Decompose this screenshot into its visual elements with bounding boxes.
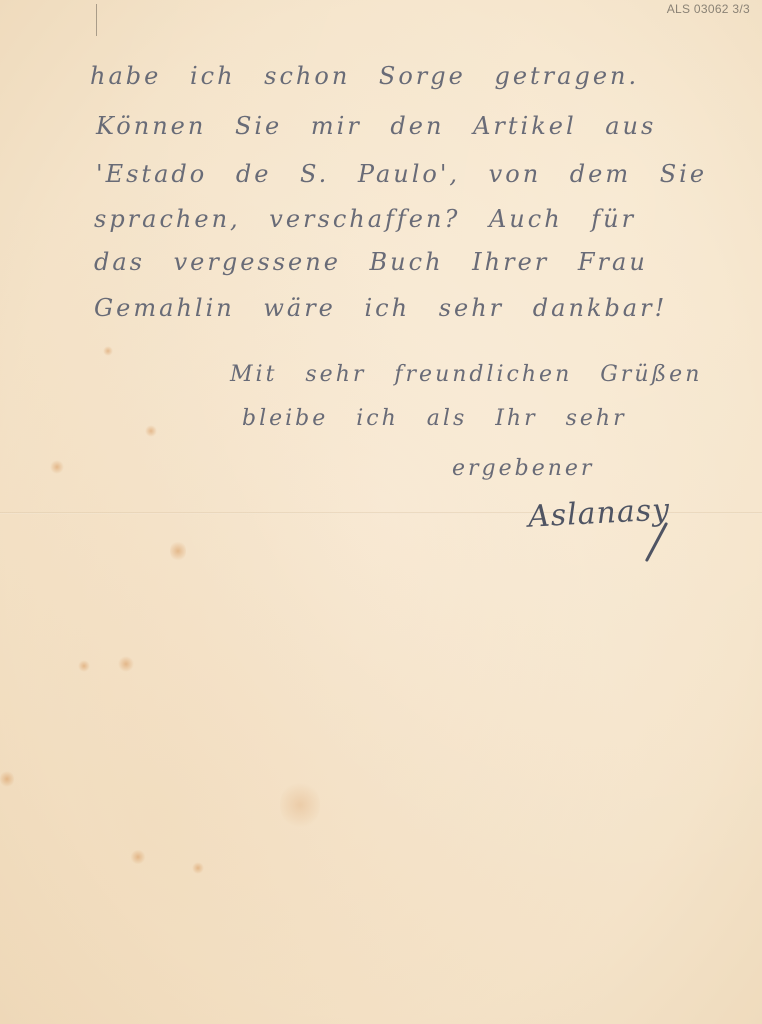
foxing-spot — [103, 346, 113, 356]
closing-line-3: ergebener — [452, 456, 594, 481]
closing-line-1: Mit sehr freundlichen Grüßen — [230, 362, 702, 387]
foxing-spot — [192, 862, 204, 874]
foxing-spot — [50, 460, 64, 474]
body-line-2: Können Sie mir den Artikel aus — [96, 112, 656, 140]
foxing-spot — [130, 850, 146, 864]
body-line-6: Gemahlin wäre ich sehr dankbar! — [94, 294, 667, 322]
pencil-mark — [96, 4, 97, 36]
foxing-spot — [0, 770, 14, 788]
letter-page: ALS 03062 3/3 habe ich schon Sorge getra… — [0, 0, 762, 1024]
foxing-spot — [170, 540, 186, 562]
closing-line-2: bleibe ich als Ihr sehr — [242, 406, 627, 431]
foxing-spot — [118, 656, 134, 672]
foxing-spot — [145, 425, 157, 437]
body-line-5: das vergessene Buch Ihrer Frau — [94, 248, 648, 276]
archive-id-label: ALS 03062 3/3 — [667, 2, 750, 16]
foxing-spot — [78, 660, 90, 672]
body-line-4: sprachen, verschaffen? Auch für — [94, 205, 636, 233]
body-line-1: habe ich schon Sorge getragen. — [90, 62, 639, 90]
body-line-3: 'Estado de S. Paulo', von dem Sie — [96, 160, 707, 188]
foxing-spot — [280, 780, 320, 830]
signature: Aslanasy — [527, 492, 671, 534]
